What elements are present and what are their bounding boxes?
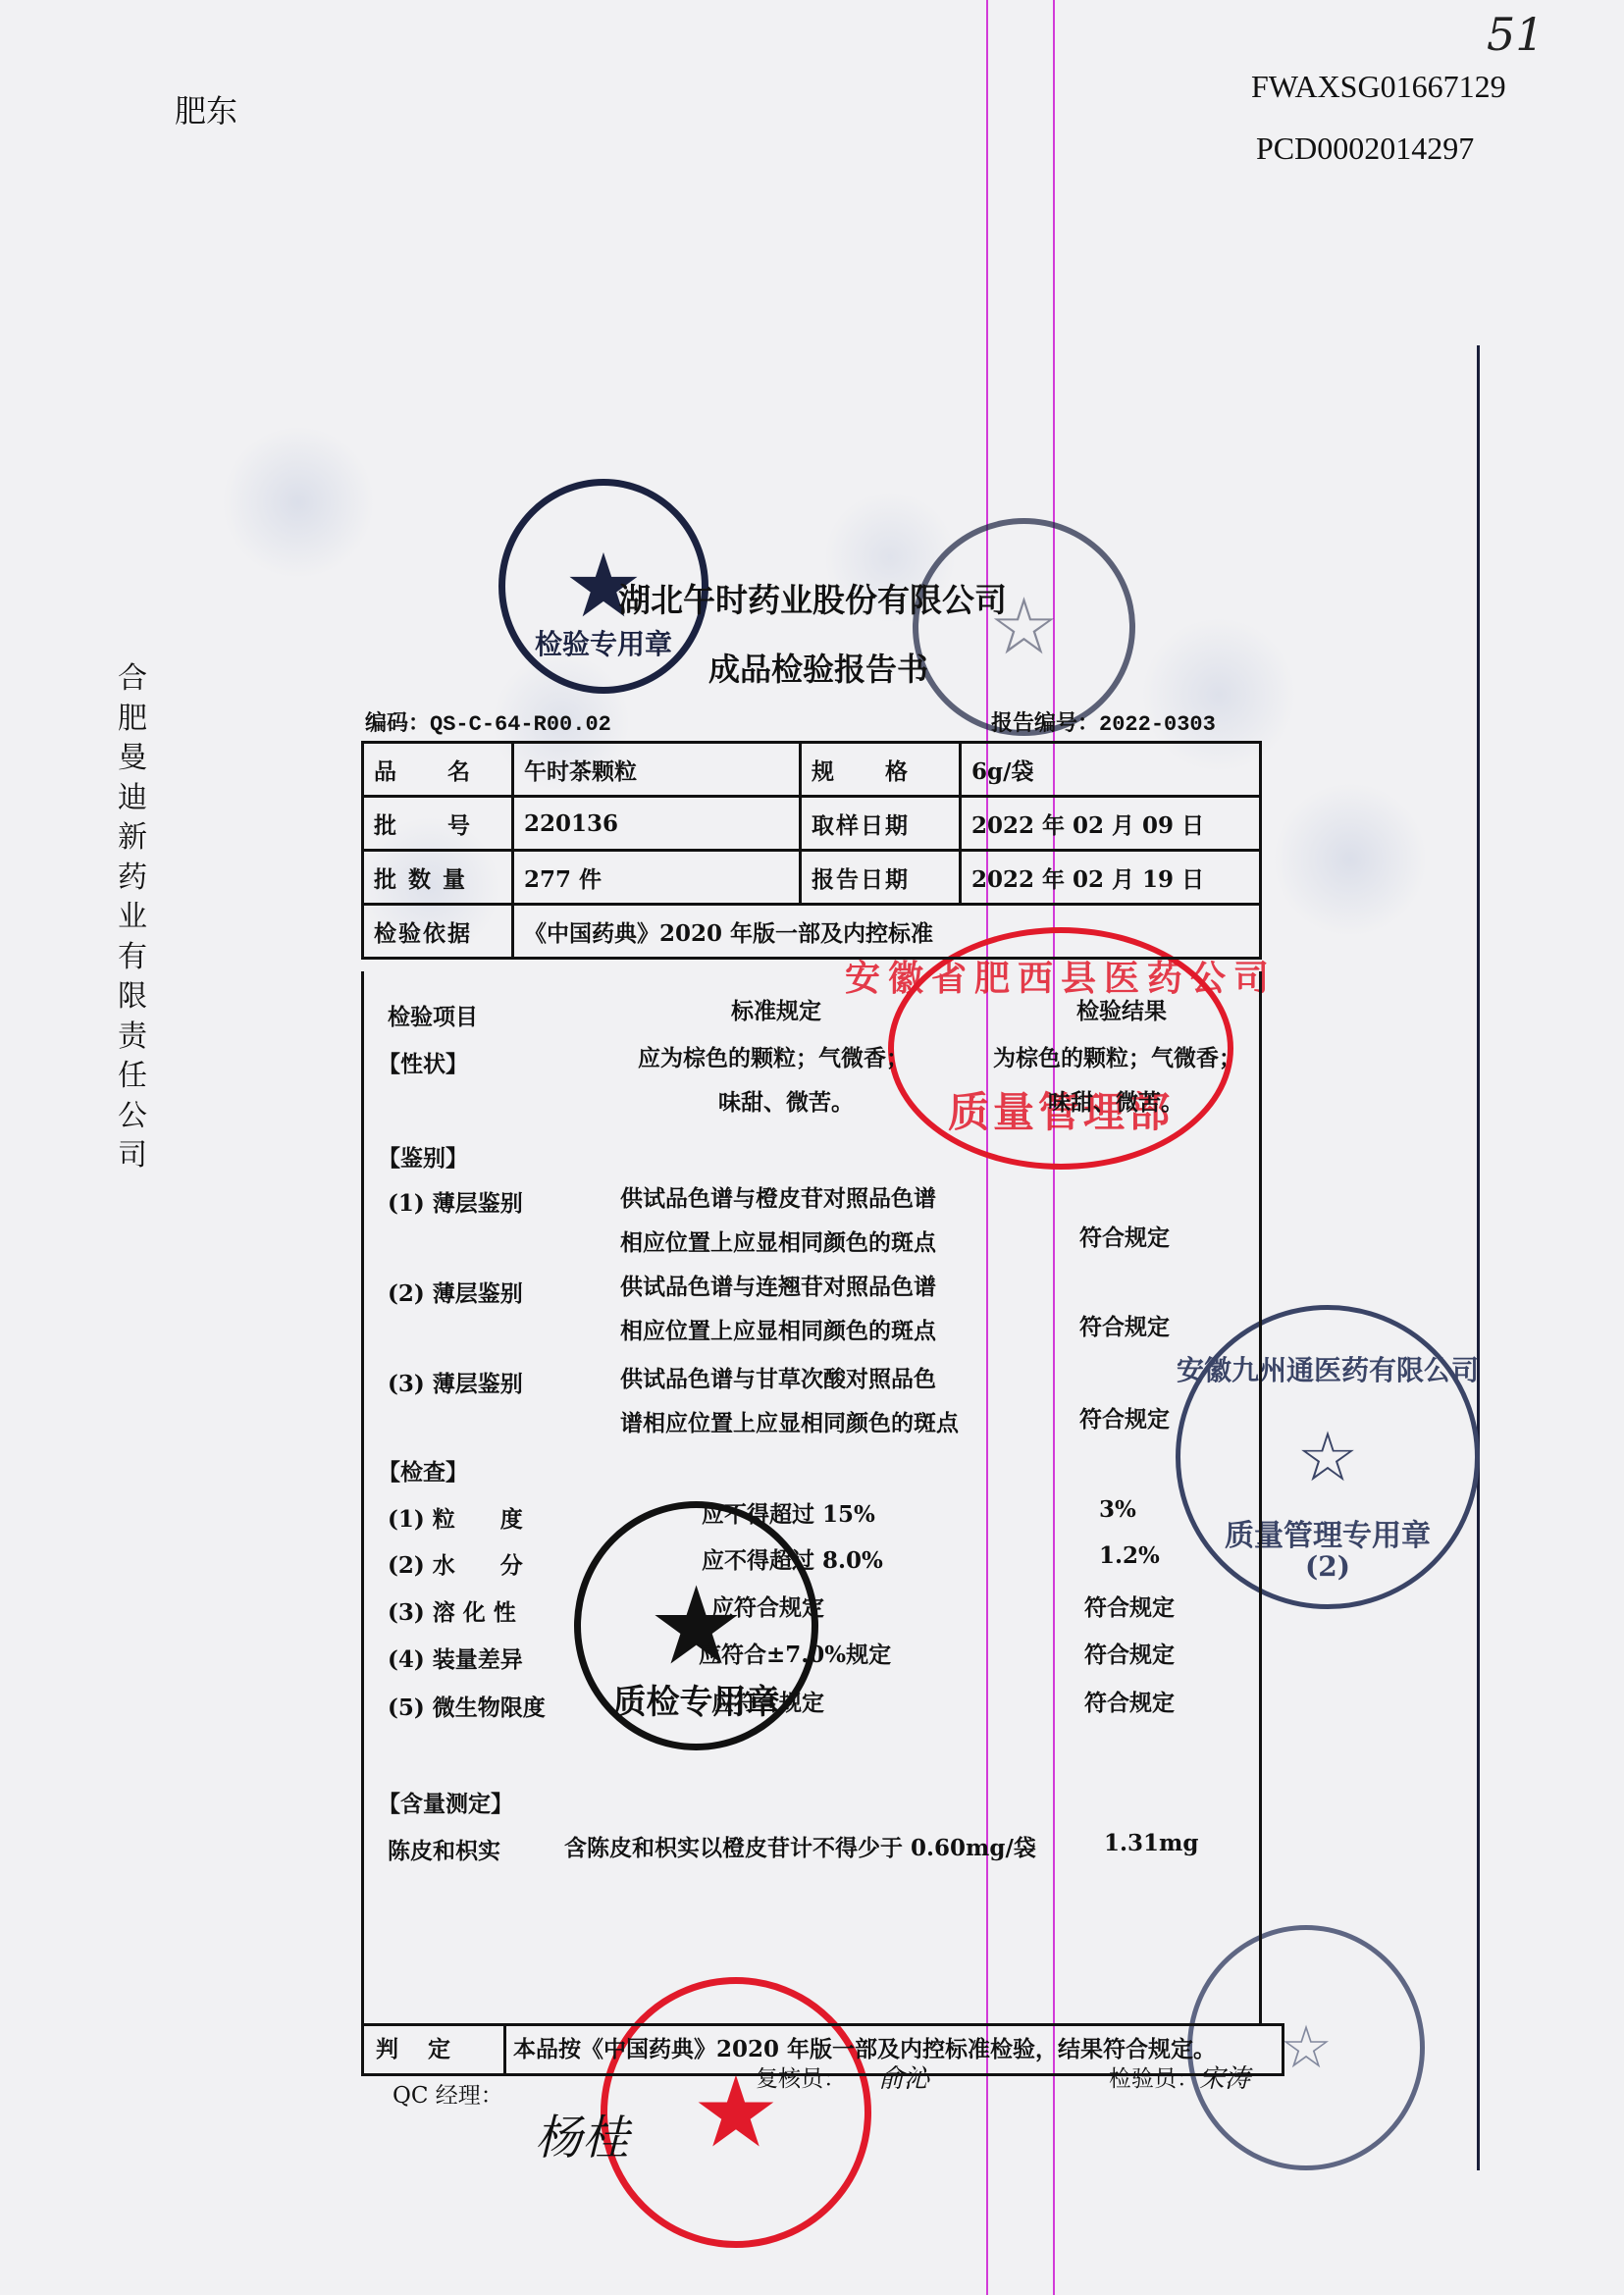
standard-text: 相应位置上应显相同颜色的斑点 [620,1225,936,1257]
label-batch-qty: 批 数 量 [363,851,513,905]
verdict-label: 判定 [364,2026,506,2073]
label-report-date: 报告日期 [801,851,961,905]
table-row: 品 名 午时茶颗粒 规 格 6g/袋 [363,743,1261,797]
label-sampling-date: 取样日期 [801,797,961,851]
stamp-sub-text: (2) [1305,1550,1350,1583]
value-sampling-date: 2022 年 02 月 09 日 [961,797,1261,851]
value-batch-qty: 277 件 [513,851,801,905]
side-company-name: 合肥曼迪新药业有限责任公司 [113,659,152,1176]
result-text: 为棕色的颗粒；气微香； [993,1040,1241,1072]
stamp-hubei-company: ☆ [913,518,1135,736]
star-icon: ☆ [1280,2018,1333,2077]
table-row: 批 数 量 277 件 报告日期 2022 年 02 月 19 日 [363,851,1261,905]
result-text: 1.2% [1099,1542,1160,1569]
product-info-table: 品 名 午时茶颗粒 规 格 6g/袋 批 号 220136 取样日期 2022 … [361,741,1262,960]
tracking-code-1: FWAXSG01667129 [1251,69,1506,105]
company-title: 湖北午时药业股份有限公司 [618,575,1007,621]
report-number: 报告编号：2022-0303 [991,706,1216,737]
test-item-name: (4) 装量差异 [388,1642,523,1674]
result-text: 3% [1099,1496,1136,1523]
inspector-label: 检验员： [1109,2060,1199,2093]
column-header-item: 检验项目 [388,999,478,1031]
frame-border [1477,345,1480,2170]
top-left-note: 肥东 [175,86,237,131]
column-header-result: 检验结果 [1076,993,1167,1025]
standard-text: 应符合规定 [711,1685,824,1717]
section-title-assay: 【含量测定】 [378,1786,513,1818]
reviewer-signature: 俞沁 [878,2059,929,2095]
section-title-inspection: 【检查】 [378,1454,468,1487]
standard-text: 应不得超过 15% [702,1496,875,1529]
report-number-value: 2022-0303 [1099,712,1216,737]
standard-text: 相应位置上应显相同颜色的斑点 [620,1313,936,1345]
result-text: 符合规定 [1084,1590,1175,1622]
test-item-name: (3) 溶 化 性 [388,1594,516,1627]
column-header-standard: 标准规定 [731,993,821,1025]
standard-text: 含陈皮和枳实以橙皮苷计不得少于 0.60mg/袋 [564,1830,1036,1862]
standard-text: 应符合±7.0%规定 [699,1637,891,1669]
standard-text: 味甜、微苦。 [718,1084,854,1117]
label-batch-no: 批 号 [363,797,513,851]
standard-text: 供试品色谱与橙皮苷对照品色谱 [620,1180,936,1213]
result-text: 味甜、微苦。 [1048,1084,1183,1117]
form-code-label: 编码： [365,710,430,736]
result-text: 符合规定 [1079,1401,1170,1434]
standard-text: 谱相应位置上应显相同颜色的斑点 [620,1405,959,1437]
value-spec: 6g/袋 [961,743,1261,797]
result-text: 符合规定 [1079,1309,1170,1341]
value-basis: 《中国药典》2020 年版一部及内控标准 [513,905,1261,959]
table-row: 检验依据 《中国药典》2020 年版一部及内控标准 [363,905,1261,959]
value-report-date: 2022 年 02 月 19 日 [961,851,1261,905]
standard-text: 供试品色谱与甘草次酸对照品色 [620,1361,936,1393]
standard-text: 供试品色谱与连翘苷对照品色谱 [620,1269,936,1301]
form-code: 编码：QS-C-64-R00.02 [365,706,611,737]
standard-text: 应不得超过 8.0% [702,1542,883,1575]
report-number-label: 报告编号： [991,710,1099,736]
value-batch-no: 220136 [513,797,801,851]
standard-text: 应为棕色的颗粒；气微香； [638,1040,909,1072]
test-item-name: 陈皮和枳实 [388,1833,500,1865]
stamp-inner-text: 检验专用章 [535,623,672,662]
standard-text: 应符合规定 [711,1590,824,1622]
document-title: 成品检验报告书 [708,645,928,690]
test-item-name: (2) 水 分 [388,1547,523,1580]
form-code-value: QS-C-64-R00.02 [430,712,611,737]
qc-manager-signature: 杨桂 [535,2100,629,2167]
result-text: 符合规定 [1084,1685,1175,1717]
star-icon: ☆ [1297,1423,1359,1491]
label-basis: 检验依据 [363,905,513,959]
section-title-character: 【性状】 [378,1046,468,1078]
result-text: 符合规定 [1084,1637,1175,1669]
test-item-name: (1) 粒 度 [388,1501,523,1534]
test-item-name: (5) 微生物限度 [388,1690,546,1722]
result-text: 符合规定 [1079,1220,1170,1252]
tracking-code-2: PCD0002014297 [1256,130,1474,167]
inspector-signature: 宋涛 [1199,2059,1250,2095]
section-title-identification: 【鉴别】 [378,1140,468,1173]
handwritten-number: 51 [1487,8,1545,61]
test-item-name: (1) 薄层鉴别 [388,1185,523,1218]
label-product-name: 品 名 [363,743,513,797]
test-item-name: (3) 薄层鉴别 [388,1366,523,1398]
value-product-name: 午时茶颗粒 [513,743,801,797]
test-item-name: (2) 薄层鉴别 [388,1276,523,1308]
table-row: 批 号 220136 取样日期 2022 年 02 月 09 日 [363,797,1261,851]
label-spec: 规 格 [801,743,961,797]
reviewer-label: 复核员： [756,2060,846,2093]
result-text: 1.31mg [1104,1830,1198,1856]
qc-manager-label: QC 经理： [393,2077,503,2110]
